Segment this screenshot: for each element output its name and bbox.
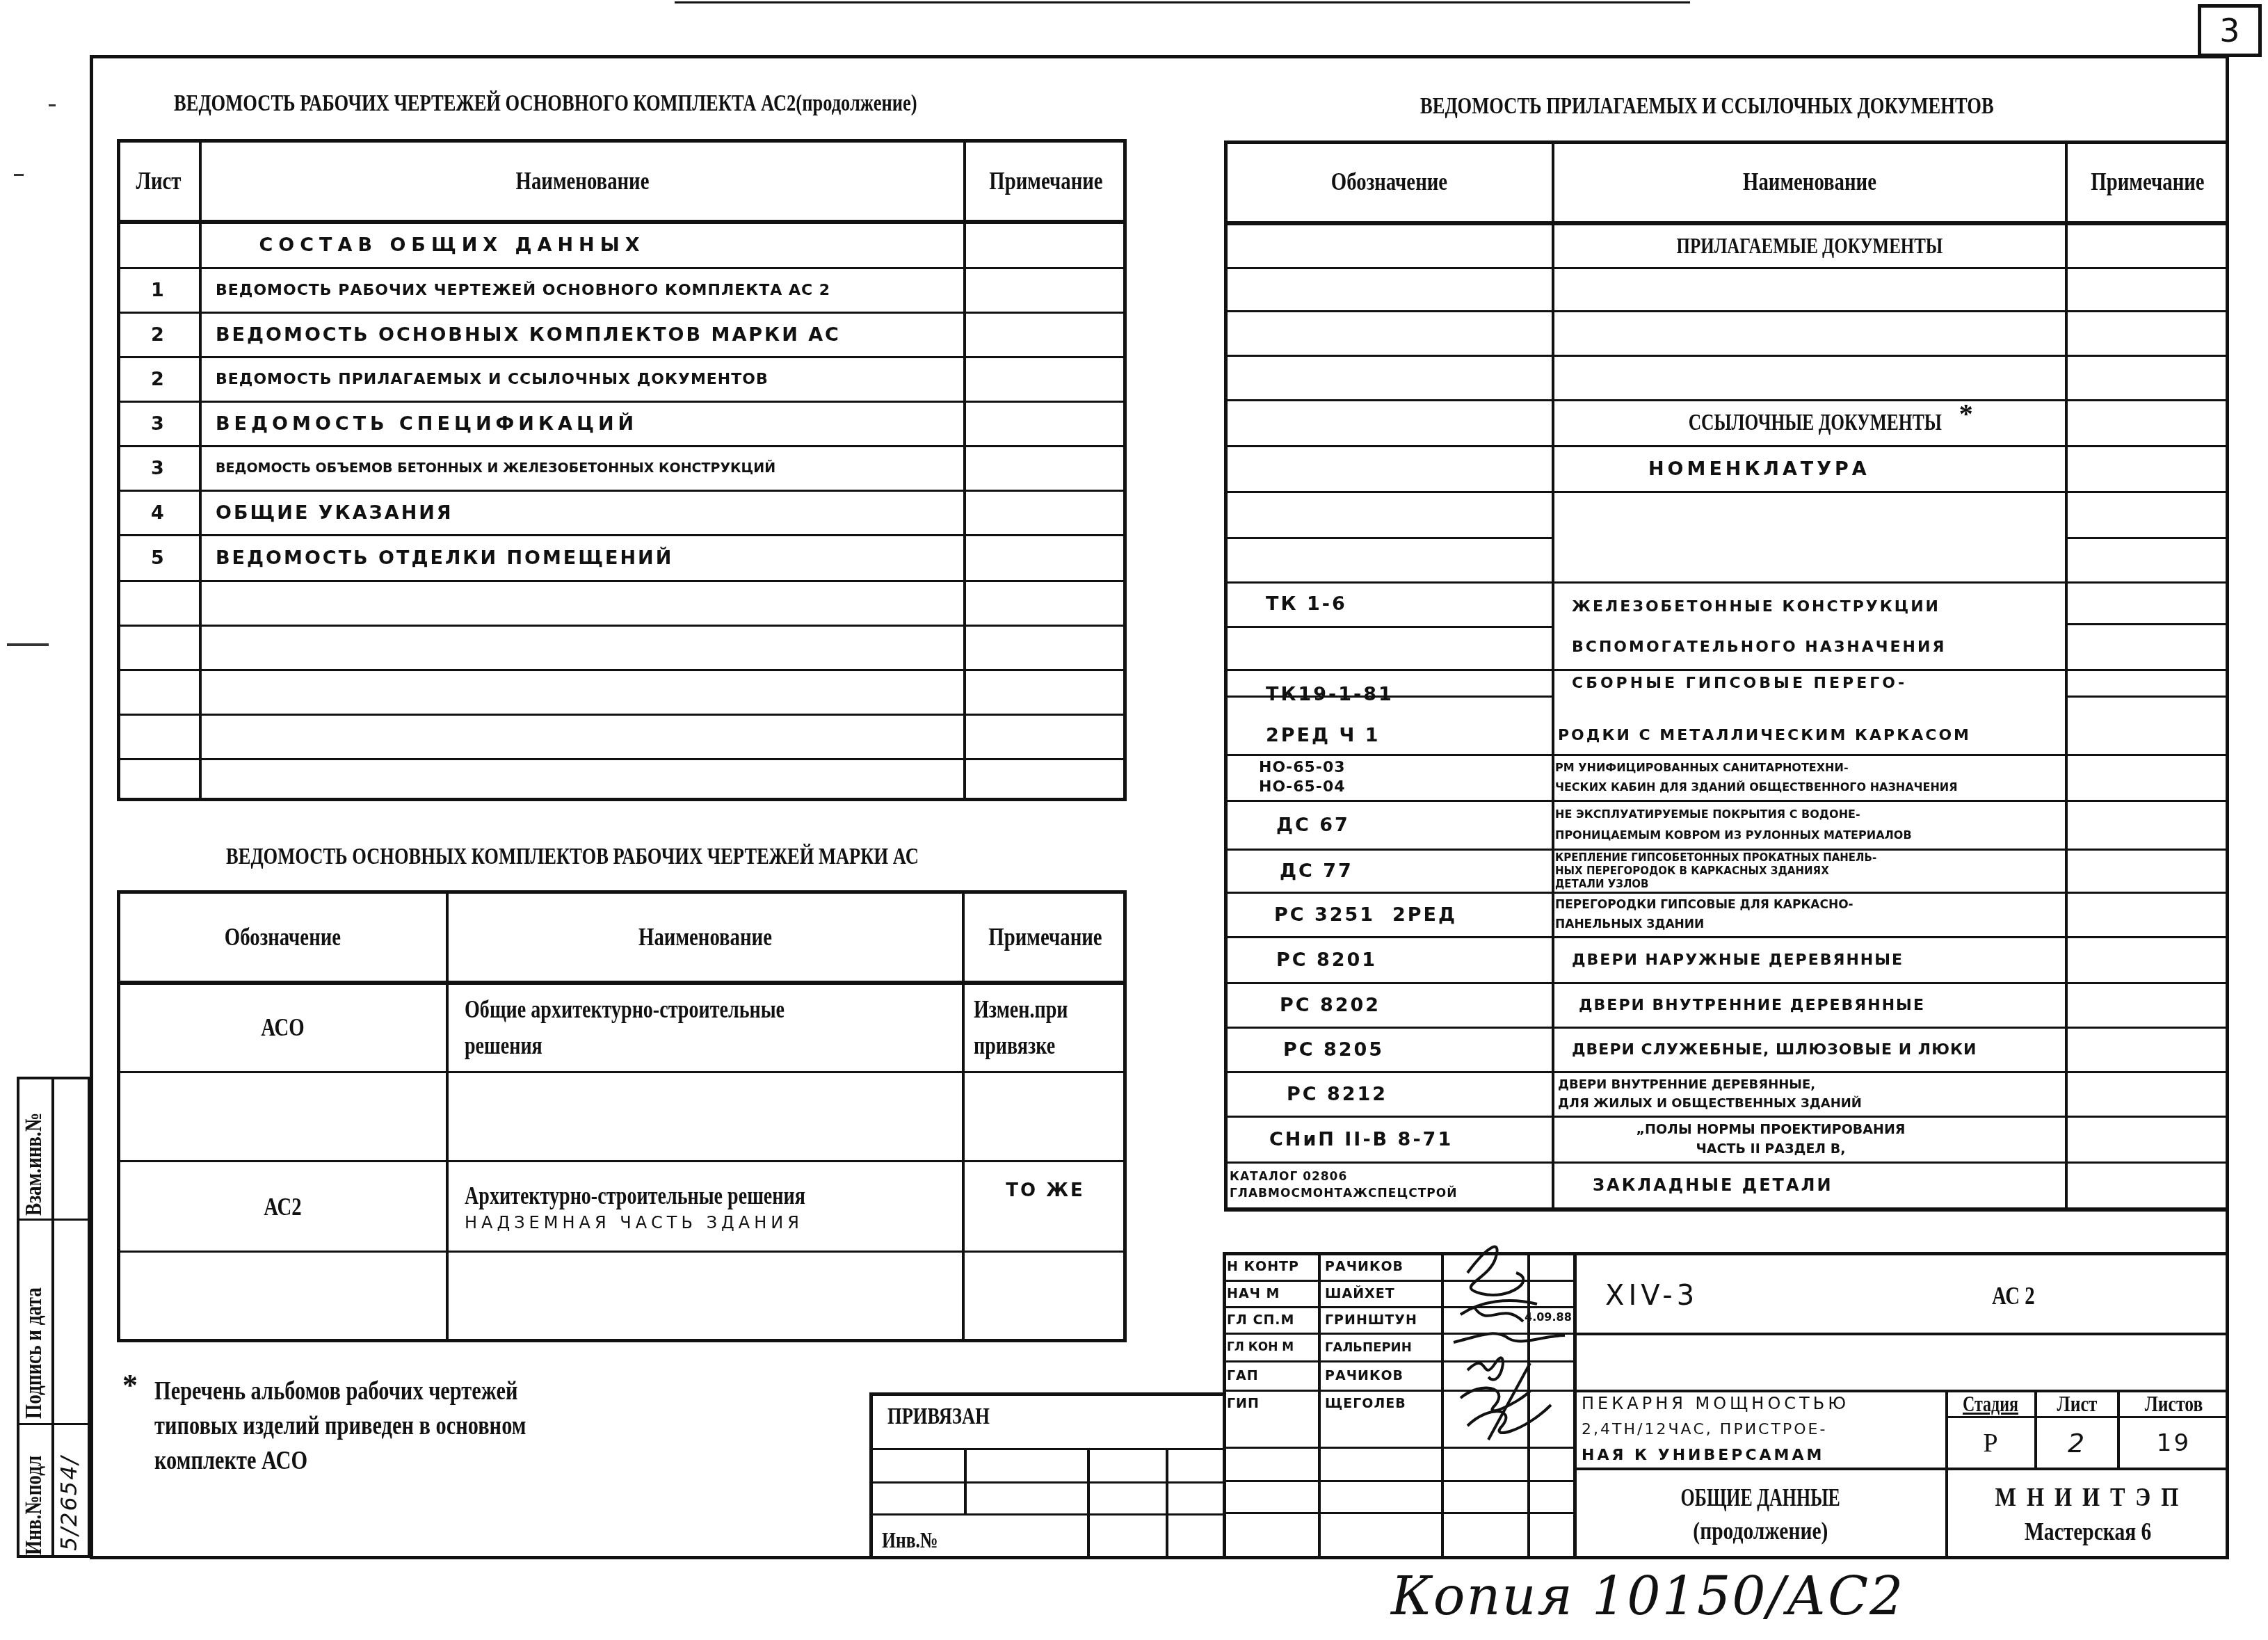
table-row-code: АС2 [152,1163,413,1251]
table-row-name: ведомость основных комплектов марки АС [202,313,963,356]
name-line-1: Архитектурно-строительные решения [465,1181,805,1210]
name-line-2: надземная часть здания [465,1213,803,1232]
sheets-value: 19 [2120,1419,2228,1468]
row-line [2065,537,2229,539]
stage-value: Р [1947,1419,2034,1468]
doc-code-text: каталог 02806 Главмосмонтажспецстрой [1230,1168,1457,1202]
sheet-title-line: (продолжение) [1693,1516,1828,1545]
doc-code: СНиП II-В 8-71 [1255,1117,1547,1161]
doc-code: 2ред ч 1 [1252,716,1551,754]
doc-name: двери внутренние деревянные, для жилых и… [1558,1072,2066,1116]
doc-code: РС 8201 [1262,938,1554,982]
row-line [117,1071,1127,1073]
binding-label: ПРИВЯЗАН [887,1404,990,1430]
row-line [1224,355,2229,357]
footnote-mark: * [122,1367,138,1403]
col-divider [1087,1448,1090,1558]
project-name-line: 2,4тн/12час, пристрое- [1582,1417,1943,1442]
sheet-number: 3 [2219,12,2239,49]
signature-date: 4.09.88 [1525,1310,1572,1324]
project-name-line: ная к универсамам [1582,1442,1943,1468]
organization-workshop: Мастерская 6 [2025,1517,2151,1546]
left-bottom-table-title: ВЕДОМОСТЬ ОСНОВНЫХ КОМПЛЕКТОВ РАБОЧИХ ЧЕ… [226,844,919,870]
section-referenced-documents: ССЫЛОЧНЫЕ ДОКУМЕНТЫ * [1554,401,2065,445]
organization-name: М Н И И Т Э П [1995,1482,2180,1513]
doc-code: ДС 77 [1266,850,1558,892]
project-name: Пекарня мощностью 2,4тн/12час, пристрое-… [1582,1391,1943,1468]
col-divider [963,139,966,801]
signature-role: Гл кон м [1224,1334,1318,1360]
section-referenced-label: ССЫЛОЧНЫЕ ДОКУМЕНТЫ [1689,410,1942,436]
row-line [869,1448,1224,1450]
binding-left [869,1392,873,1558]
top-scan-line [675,1,1690,3]
signature-role: Н контр [1224,1253,1318,1280]
doc-name: двери внутренние деревянные [1565,983,2062,1027]
doc-code: ТК 1-6 [1252,581,1551,626]
row-line [2065,623,2229,625]
table-row-sheet: 3 [118,447,199,490]
table-row-name: ведомость спецификаций [202,402,963,445]
doc-code: НО-65-03 НО-65-04 [1259,755,1551,800]
row-line [117,625,1127,627]
footnote-line: типовых изделий приведен в основном [154,1408,526,1443]
col-divider [2065,140,2068,1212]
inventory-number-label: Инв.№ [882,1527,938,1553]
handwritten-copy-note: Копия 10150/АС2 [1391,1565,1904,1627]
doc-code: ТК19-1-81 [1252,672,1551,716]
header-code: Обозначение [1260,143,1520,220]
table-row-sheet: 5 [118,536,199,580]
col-divider [1166,1448,1168,1558]
header-sheet: Лист [127,143,191,219]
signature-role: Гл сп.м [1224,1308,1318,1333]
doc-name: не эксплуатируемые покрытия с водоне- пр… [1555,801,2066,849]
row-line [117,1160,1127,1162]
margin-mark [14,174,24,176]
table-row-note: то же [965,1163,1126,1219]
doc-name-text: перегородки гипсовые для каркасно- панел… [1555,895,1853,934]
row-line [1223,1480,1573,1482]
table-row-name: ведомость рабочих чертежей основного ком… [202,268,963,312]
signature-role: ГИП [1224,1391,1318,1416]
doc-name-text: двери внутренние деревянные, для жилых и… [1558,1075,1862,1113]
doc-code: ДС 67 [1262,801,1554,849]
row-line [1224,310,2229,312]
table-row-sheet: 3 [118,402,199,445]
header-code: Обозначение [152,894,413,980]
nomenclature-label: номенклатура [1634,447,2052,491]
doc-code: РС 8212 [1273,1072,1565,1116]
side-field-inv-replacement: Взам.инв.№ [21,1113,47,1216]
doc-name: рм унифицированных санитарнотехни- чески… [1555,755,2066,800]
row-line [117,714,1127,716]
doc-name: закладные детали [1579,1163,2059,1207]
left-top-table-title: ВЕДОМОСТЬ РАБОЧИХ ЧЕРТЕЖЕЙ ОСНОВНОГО КОМ… [174,90,917,117]
row-line [1573,1333,2229,1335]
row-line [17,1219,90,1221]
table-row-code: АСО [152,983,413,1071]
row-line [869,1481,1224,1484]
note-line-2: привязке [974,1031,1055,1060]
section-attached-documents: ПРИЛАГАЕМЫЕ ДОКУМЕНТЫ [1611,224,2009,267]
doc-code-text: НО-65-03 НО-65-04 [1259,758,1346,797]
table-row-sheet: 2 [118,357,199,401]
table-row-name: ведомость отделки помещений [202,536,963,580]
sheet-number-box: 3 [2198,4,2262,57]
doc-name-text: крепление гипсобетонных прокатных панель… [1555,851,1876,891]
set-code: АС 2 [1992,1281,2035,1310]
col-divider [964,1448,967,1513]
row-line [1224,537,1552,539]
footnote: Перечень альбомов рабочих чертежей типов… [154,1374,619,1478]
signature-scribbles [1440,1231,1579,1447]
signature-name: Рачиков [1321,1253,1441,1280]
signature-role: Нач м [1224,1281,1318,1306]
doc-name: сборные гипсовые перего- [1558,661,2062,705]
doc-code: РС 8205 [1269,1028,1561,1071]
doc-code: РС 3251 2ред [1260,893,1552,936]
row-line [1224,491,2229,493]
row-line [2065,696,2229,698]
header-name: Наименование [1605,143,2013,220]
stage-label: Стадия [1958,1391,2024,1416]
row-line [1224,1207,2229,1210]
side-field-signature-date: Подпись и дата [21,1287,47,1419]
header-name: Наименование [500,894,910,980]
binding-top [869,1392,1224,1396]
doc-name: „Полы нормы проектирования часть II разд… [1555,1117,1986,1161]
row-line [117,669,1127,671]
doc-name-text: не эксплуатируемые покрытия с водоне- пр… [1555,804,1912,846]
table-row-sheet: 4 [118,491,199,534]
signature-name: Гринштун [1321,1308,1441,1333]
header-note: Примечание [981,894,1110,980]
margin-mark [7,643,49,646]
name-line-1: Общие архитектурно-строительные [465,995,785,1024]
sheet-value: 2 [2037,1419,2117,1468]
doc-name: двери служебные, шлюзовые и люки [1558,1028,2062,1071]
signature-name: Рачиков [1321,1362,1441,1390]
signature-name: Гальперин [1321,1334,1441,1360]
doc-name-text: „Полы нормы проектирования часть II разд… [1636,1120,1906,1159]
footnote-line: Перечень альбомов рабочих чертежей [154,1374,526,1408]
project-name-line: Пекарня мощностью [1582,1391,1943,1417]
row-line [1224,267,2229,269]
organization: М Н И И Т Э П Мастерская 6 [1948,1470,2228,1558]
row-line [1224,626,1552,628]
row-line [1223,1447,1573,1449]
project-code: XIV-3 [1605,1280,1698,1312]
side-inv-value: 5/2654/ [56,1456,82,1551]
margin-mark [49,104,56,106]
table-row-section-heading: состав общих данных [202,223,702,267]
row-line [869,1513,1224,1516]
doc-name-text: рм унифицированных санитарнотехни- чески… [1555,758,1958,797]
col-divider [446,890,449,1342]
doc-name: двери наружные деревянные [1558,938,2062,982]
doc-name: железобетонные конструкции [1558,584,2062,629]
table-row-name: ведомость объемов бетонных и железобетон… [202,447,963,490]
row-line [117,580,1127,582]
col-divider [51,1077,54,1558]
side-field-inv-original: Инв.№подл [21,1456,47,1555]
header-name: Наименование [278,143,887,219]
table-row-name: ведомость прилагаемых и ссылочных докуме… [202,357,963,401]
table-row-note: Измен.при привязке [974,983,1125,1071]
col-divider [962,890,965,1342]
signature-name: Шайхет [1321,1281,1441,1306]
table-row-name: общие указания [202,491,963,534]
doc-code: каталог 02806 Главмосмонтажспецстрой [1230,1163,1551,1207]
sheet-label: Лист [2045,1391,2109,1416]
name-line-2: решения [465,1031,542,1060]
footnote-line: комплекте АСО [154,1443,526,1478]
header-note: Примечание [982,143,1110,219]
signature-role: ГАП [1224,1362,1318,1390]
sheet-title: ОБЩИЕ ДАННЫЕ (продолжение) [1576,1470,1945,1558]
sheets-label: Листов [2131,1391,2217,1416]
table-row-sheet: 1 [118,268,199,312]
table-row-name: Общие архитектурно-строительные решения [465,983,965,1071]
table-row-name: Архитектурно-строительные решения надзем… [465,1163,965,1251]
row-line [17,1423,90,1425]
row-line [1945,1416,2229,1418]
note-line-1: Измен.при [974,995,1068,1024]
sheet-title-line: ОБЩИЕ ДАННЫЕ [1681,1483,1840,1512]
table-row-sheet: 2 [118,313,199,356]
row-line [117,758,1127,760]
footnote-reference-mark: * [1959,401,1973,430]
doc-name: крепление гипсобетонных прокатных панель… [1555,850,2066,892]
doc-name: перегородки гипсовые для каркасно- панел… [1555,893,2066,936]
row-line [1223,1512,1573,1514]
right-table-title: ВЕДОМОСТЬ ПРИЛАГАЕМЫХ И ССЫЛОЧНЫХ ДОКУМЕ… [1420,93,1994,120]
header-note: Примечание [2084,143,2212,220]
doc-name: родки с металлическим каркасом [1544,716,2066,754]
row-line [117,1251,1127,1253]
signature-name: Щеголев [1321,1391,1441,1416]
doc-code: РС 8202 [1266,983,1558,1027]
